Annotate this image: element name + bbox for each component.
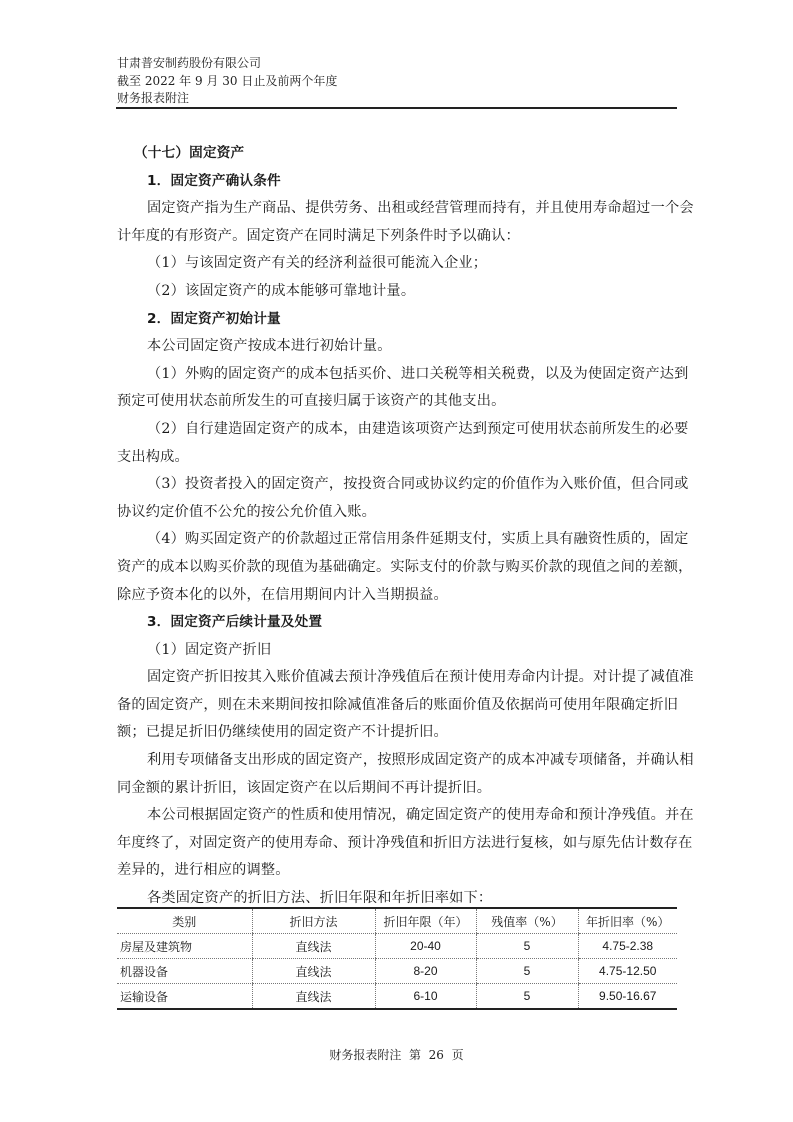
- table-row: 房屋及建筑物 直线法 20-40 5 4.75-2.38: [117, 934, 677, 959]
- paragraph-line: 年度终了，对固定资产的使用寿命、预计净残值和折旧方法进行复核，如与原先估计数存在: [117, 830, 677, 858]
- page-header: 甘肃普安制药股份有限公司 截至 2022 年 9 月 30 日止及前两个年度 财…: [117, 55, 337, 108]
- paragraph-line: 固定资产折旧按其入账价值减去预计净残值后在预计使用寿命内计提。对计提了减值准: [117, 664, 677, 692]
- column-header-years: 折旧年限（年）: [375, 908, 476, 934]
- table-header-row: 类别 折旧方法 折旧年限（年） 残值率（%） 年折旧率（%）: [117, 908, 677, 934]
- list-item: （1）固定资产折旧: [117, 637, 677, 665]
- paragraph-line: 备的固定资产，则在未来期间按扣除减值准备后的账面价值及依据尚可使用年限确定折旧: [117, 692, 677, 720]
- paragraph-line: 本公司固定资产按成本进行初始计量。: [117, 333, 677, 361]
- table-row: 机器设备 直线法 8-20 5 4.75-12.50: [117, 959, 677, 984]
- subsection-heading-3: 3．固定资产后续计量及处置: [117, 609, 677, 637]
- paragraph-line: 预定可使用状态前所发生的可直接归属于该资产的其他支出。: [117, 388, 677, 416]
- depreciation-table: 类别 折旧方法 折旧年限（年） 残值率（%） 年折旧率（%） 房屋及建筑物 直线…: [117, 907, 677, 1010]
- column-header-category: 类别: [117, 908, 252, 934]
- list-item: （2）该固定资产的成本能够可靠地计量。: [117, 278, 677, 306]
- paragraph-line: （3）投资者投入的固定资产，按投资合同或协议约定的价值作为入账价值，但合同或: [117, 471, 677, 499]
- cell-annual-rate: 4.75-2.38: [578, 934, 677, 959]
- column-header-annual-rate: 年折旧率（%）: [578, 908, 677, 934]
- cell-years: 20-40: [375, 934, 476, 959]
- paragraph-line: 额；已提足折旧仍继续使用的固定资产不计提折旧。: [117, 719, 677, 747]
- section-title: （十七）固定资产: [117, 140, 677, 168]
- company-name: 甘肃普安制药股份有限公司: [117, 55, 337, 73]
- list-item: （1）与该固定资产有关的经济利益很可能流入企业；: [117, 250, 677, 278]
- paragraph-line: 除应予资本化的以外，在信用期间内计入当期损益。: [117, 582, 677, 610]
- paragraph-line: 协议约定价值不公允的按公允价值入账。: [117, 499, 677, 527]
- cell-years: 6-10: [375, 984, 476, 1010]
- paragraph-line: 支出构成。: [117, 444, 677, 472]
- paragraph-line: （1）外购的固定资产的成本包括买价、进口关税等相关税费，以及为使固定资产达到: [117, 361, 677, 389]
- paragraph-line: 计年度的有形资产。固定资产在同时满足下列条件时予以确认：: [117, 223, 677, 251]
- cell-years: 8-20: [375, 959, 476, 984]
- paragraph-line: （4）购买固定资产的价款超过正常信用条件延期支付，实质上具有融资性质的，固定: [117, 526, 677, 554]
- cell-residual-rate: 5: [476, 984, 578, 1010]
- cell-category: 运输设备: [117, 984, 252, 1010]
- cell-residual-rate: 5: [476, 934, 578, 959]
- document-body: （十七）固定资产 1．固定资产确认条件 固定资产指为生产商品、提供劳务、出租或经…: [117, 140, 677, 913]
- page-footer: 财务报表附注 第 26 页: [0, 1046, 793, 1063]
- column-header-residual-rate: 残值率（%）: [476, 908, 578, 934]
- table-row: 运输设备 直线法 6-10 5 9.50-16.67: [117, 984, 677, 1010]
- paragraph-line: 差异的，进行相应的调整。: [117, 857, 677, 885]
- cell-annual-rate: 4.75-12.50: [578, 959, 677, 984]
- paragraph-line: 资产的成本以购买价款的现值为基础确定。实际支付的价款与购买价款的现值之间的差额，: [117, 554, 677, 582]
- paragraph-line: （2）自行建造固定资产的成本，由建造该项资产达到预定可使用状态前所发生的必要: [117, 416, 677, 444]
- cell-method: 直线法: [252, 984, 375, 1010]
- column-header-method: 折旧方法: [252, 908, 375, 934]
- paragraph-line: 固定资产指为生产商品、提供劳务、出租或经营管理而持有，并且使用寿命超过一个会: [117, 195, 677, 223]
- header-divider: [116, 107, 677, 109]
- subsection-heading-2: 2．固定资产初始计量: [117, 306, 677, 334]
- paragraph-line: 同金额的累计折旧，该固定资产在以后期间不再计提折旧。: [117, 775, 677, 803]
- cell-method: 直线法: [252, 934, 375, 959]
- cell-residual-rate: 5: [476, 959, 578, 984]
- cell-annual-rate: 9.50-16.67: [578, 984, 677, 1010]
- cell-category: 机器设备: [117, 959, 252, 984]
- document-type: 财务报表附注: [117, 90, 337, 108]
- subsection-heading-1: 1．固定资产确认条件: [117, 168, 677, 196]
- cell-category: 房屋及建筑物: [117, 934, 252, 959]
- cell-method: 直线法: [252, 959, 375, 984]
- report-period: 截至 2022 年 9 月 30 日止及前两个年度: [117, 73, 337, 91]
- paragraph-line: 本公司根据固定资产的性质和使用情况，确定固定资产的使用寿命和预计净残值。并在: [117, 802, 677, 830]
- paragraph-line: 利用专项储备支出形成的固定资产，按照形成固定资产的成本冲减专项储备，并确认相: [117, 747, 677, 775]
